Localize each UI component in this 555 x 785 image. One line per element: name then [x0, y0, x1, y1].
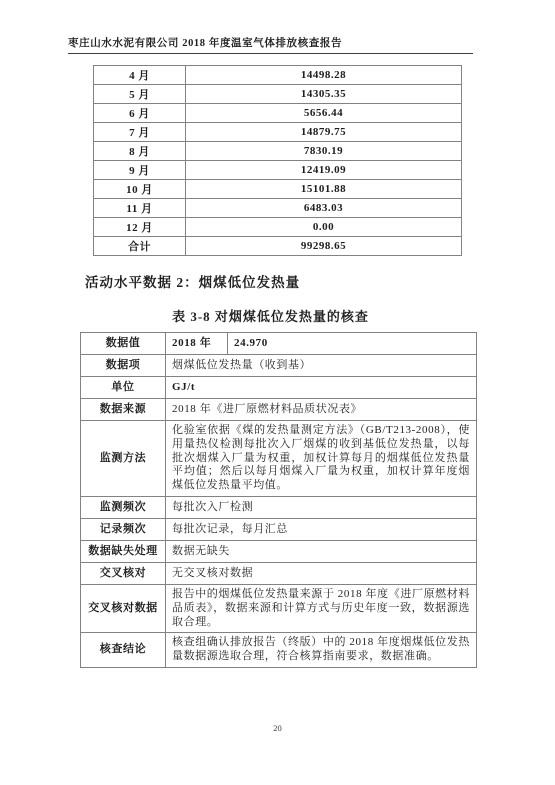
month-label: 4 月: [94, 66, 186, 85]
row-value: 数据无缺失: [166, 540, 477, 562]
month-label: 9 月: [94, 161, 186, 180]
table-row: 6 月 5656.44: [94, 104, 462, 123]
table-row: 监测方法 化验室依据《煤的发热量测定方法》（GB/T213-2008），使用量热…: [81, 421, 477, 497]
table-row: 合计 99298.65: [94, 237, 462, 256]
month-label: 5 月: [94, 85, 186, 104]
table-row: 数据来源 2018 年《进厂原燃材料品质状况表》: [81, 399, 477, 421]
month-value: 14879.75: [186, 123, 462, 142]
month-value: 12419.09: [186, 161, 462, 180]
total-label: 合计: [94, 237, 186, 256]
table-row: 单位 GJ/t: [81, 377, 477, 399]
table-row: 数据缺失处理 数据无缺失: [81, 540, 477, 562]
row-label: 交叉核对数据: [81, 584, 166, 632]
month-label: 12 月: [94, 218, 186, 237]
month-value: 7830.19: [186, 142, 462, 161]
total-value: 99298.65: [186, 237, 462, 256]
table-row: 交叉核对 无交叉核对数据: [81, 562, 477, 584]
month-value: 14305.35: [186, 85, 462, 104]
table-row: 记录频次 每批次记录，每月汇总: [81, 518, 477, 540]
table-row: 5 月 14305.35: [94, 85, 462, 104]
data-value: 24.970: [228, 333, 477, 355]
row-label: 监测方法: [81, 421, 166, 497]
document-page: 枣庄山水水泥有限公司 2018 年度温室气体排放核查报告 4 月 14498.2…: [0, 0, 555, 785]
month-label: 8 月: [94, 142, 186, 161]
month-label: 7 月: [94, 123, 186, 142]
month-label: 11 月: [94, 199, 186, 218]
row-value: 化验室依据《煤的发热量测定方法》（GB/T213-2008），使用量热仪检测每批…: [166, 421, 477, 497]
table-row: 8 月 7830.19: [94, 142, 462, 161]
table-row: 10 月 15101.88: [94, 180, 462, 199]
row-label: 数据缺失处理: [81, 540, 166, 562]
table-row: 数据值 2018 年 24.970: [81, 333, 477, 355]
row-label: 数据来源: [81, 399, 166, 421]
row-value: 2018 年《进厂原燃材料品质状况表》: [166, 399, 477, 421]
table-row: 数据项 烟煤低位发热量（收到基）: [81, 355, 477, 377]
table-row: 监测频次 每批次入厂检测: [81, 496, 477, 518]
month-value: 15101.88: [186, 180, 462, 199]
row-value: 报告中的烟煤低位发热量来源于 2018 年度《进厂原燃材料品质表》，数据来源和计…: [166, 584, 477, 632]
month-value: 5656.44: [186, 104, 462, 123]
row-value: 每批次入厂检测: [166, 496, 477, 518]
table-row: 7 月 14879.75: [94, 123, 462, 142]
table-row: 12 月 0.00: [94, 218, 462, 237]
month-value: 14498.28: [186, 66, 462, 85]
row-value: 无交叉核对数据: [166, 562, 477, 584]
report-header-title: 枣庄山水水泥有限公司 2018 年度温室气体排放核查报告: [68, 35, 342, 50]
month-value: 6483.03: [186, 199, 462, 218]
monthly-data-table: 4 月 14498.28 5 月 14305.35 6 月 5656.44 7 …: [93, 65, 462, 256]
month-label: 10 月: [94, 180, 186, 199]
page-number: 20: [0, 723, 555, 733]
verification-table: 数据值 2018 年 24.970 数据项 烟煤低位发热量（收到基） 单位 GJ…: [80, 332, 477, 668]
table-row: 核查结论 核查组确认排放报告（终版）中的 2018 年度烟煤低位发热量数据源选取…: [81, 633, 477, 668]
table-row: 11 月 6483.03: [94, 199, 462, 218]
row-label: 数据值: [81, 333, 166, 355]
table-caption: 表 3-8 对烟煤低位发热量的核查: [68, 306, 473, 325]
data-year: 2018 年: [166, 333, 228, 355]
row-value: 核查组确认排放报告（终版）中的 2018 年度烟煤低位发热量数据源选取合理，符合…: [166, 633, 477, 668]
row-label: 交叉核对: [81, 562, 166, 584]
row-label: 数据项: [81, 355, 166, 377]
row-label: 核查结论: [81, 633, 166, 668]
table-row: 交叉核对数据 报告中的烟煤低位发热量来源于 2018 年度《进厂原燃材料品质表》…: [81, 584, 477, 632]
row-label: 记录频次: [81, 518, 166, 540]
header-divider: [68, 53, 473, 54]
table-row: 4 月 14498.28: [94, 66, 462, 85]
section-heading: 活动水平数据 2：烟煤低位发热量: [85, 271, 300, 291]
row-value: 每批次记录，每月汇总: [166, 518, 477, 540]
row-value: GJ/t: [166, 377, 477, 399]
row-label: 监测频次: [81, 496, 166, 518]
row-label: 单位: [81, 377, 166, 399]
table-row: 9 月 12419.09: [94, 161, 462, 180]
row-value: 烟煤低位发热量（收到基）: [166, 355, 477, 377]
month-value: 0.00: [186, 218, 462, 237]
month-label: 6 月: [94, 104, 186, 123]
